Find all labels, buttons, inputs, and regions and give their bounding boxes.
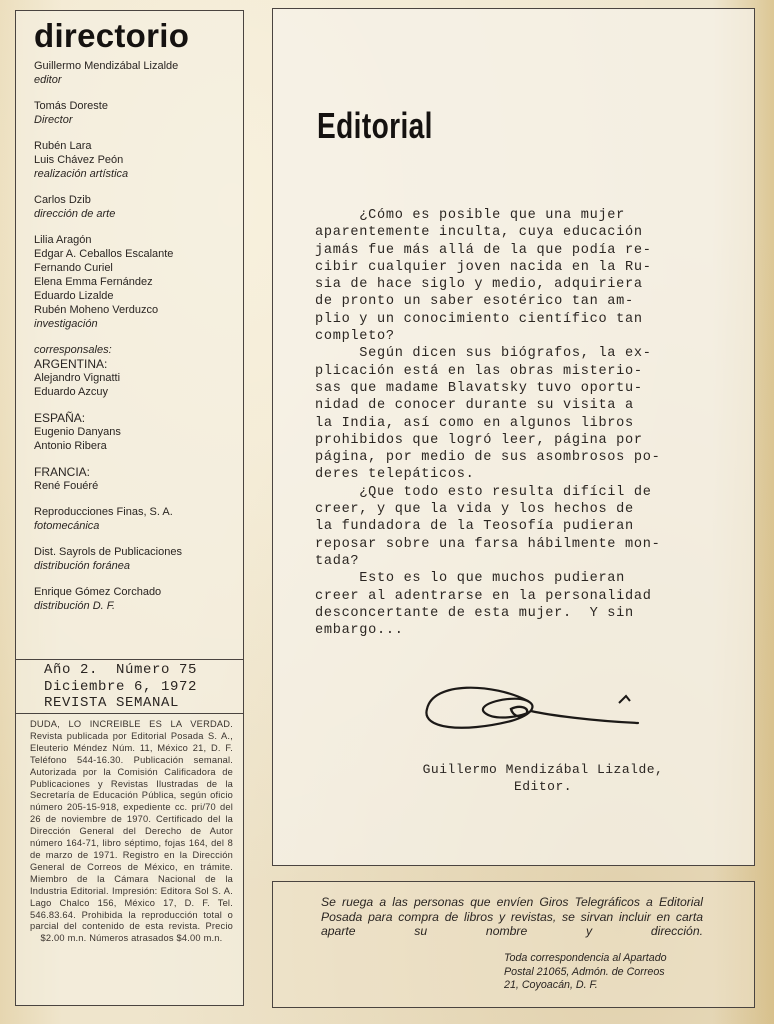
directory-country: ESPAÑA: (34, 411, 237, 425)
editorial-line: de pronto un saber esotérico tan am- (315, 293, 735, 310)
directory-title: directorio (34, 17, 189, 55)
editorial-line: creer, y que la vida y los hechos de (315, 501, 735, 518)
directory-country: FRANCIA: (34, 465, 237, 479)
address-line: 21, Coyoacán, D. F. (504, 979, 724, 993)
editorial-line: prohibidos que logró leer, página por (315, 432, 735, 449)
editorial-line: la fundadora de la Teosofía pudieran (315, 518, 735, 535)
directory-group: Lilia AragónEdgar A. Ceballos EscalanteF… (34, 233, 237, 331)
directory-name: Alejandro Vignatti (34, 371, 237, 385)
editorial-title: Editorial (317, 105, 433, 147)
editorial-line: plicación está en las obras misterio- (315, 363, 735, 380)
directory-name: Carlos Dzib (34, 193, 237, 207)
directory-group: Rubén LaraLuis Chávez Peónrealización ar… (34, 139, 237, 181)
editorial-line: Esto es lo que muchos pudieran (315, 570, 735, 587)
directory-group: Tomás DoresteDirector (34, 99, 237, 127)
directory-group: FRANCIA:René Fouéré (34, 465, 237, 493)
directory-name: Luis Chávez Peón (34, 153, 237, 167)
directory-name: Eduardo Azcuy (34, 385, 237, 399)
issue-date: Diciembre 6, 1972 (44, 679, 243, 696)
editorial-line: aparentemente inculta, cuya educación (315, 224, 735, 241)
directory-group: Reproducciones Finas, S. A.fotomecánica (34, 505, 237, 533)
editorial-line: sia de hace siglo y medio, adquiriera (315, 276, 735, 293)
editorial-line: desconcertante de esta mujer. Y sin (315, 605, 735, 622)
directory-role: fotomecánica (34, 519, 237, 533)
directory-name: Rubén Moheno Verduzco (34, 303, 237, 317)
editorial-line: completo? (315, 328, 735, 345)
directory-group: corresponsales:ARGENTINA:Alejandro Vigna… (34, 343, 237, 399)
editorial-body: ¿Cómo es posible que una mujeraparenteme… (315, 207, 735, 639)
editorial-line: plio y un conocimiento científico tan (315, 311, 735, 328)
signer: Guillermo Mendizábal Lizalde, Editor. (373, 761, 713, 795)
issue-info: Año 2. Número 75 Diciembre 6, 1972 REVIS… (16, 659, 243, 714)
signature-icon (423, 681, 653, 741)
editorial-line: embargo... (315, 622, 735, 639)
directory-role: Director (34, 113, 237, 127)
directory-name: René Fouéré (34, 479, 237, 493)
directory-name: Lilia Aragón (34, 233, 237, 247)
directory-role: realización artística (34, 167, 237, 181)
address-line: Postal 21065, Admón. de Correos (504, 966, 724, 980)
editorial-line: la India, así como en algunos libros (315, 415, 735, 432)
address-line: Toda correspondencia al Apartado (504, 952, 724, 966)
issue-number: Año 2. Número 75 (44, 662, 243, 679)
directory-name: Dist. Sayrols de Publicaciones (34, 545, 237, 559)
directory-name: Tomás Doreste (34, 99, 237, 113)
editorial-line: cibir cualquier joven nacida en la Ru- (315, 259, 735, 276)
directory-group: Enrique Gómez Corchadodistribución D. F. (34, 585, 237, 613)
directory-role: distribución foránea (34, 559, 237, 573)
editorial-line: tada? (315, 553, 735, 570)
editorial-line: jamás fue más allá de la que podía re- (315, 242, 735, 259)
editorial-line: nidad de conocer durante su visita a (315, 397, 735, 414)
directory-name: Elena Emma Fernández (34, 275, 237, 289)
directory-name: Reproducciones Finas, S. A. (34, 505, 237, 519)
directory-role: distribución D. F. (34, 599, 237, 613)
issue-frequency: REVISTA SEMANAL (44, 695, 243, 712)
directory-name: Fernando Curiel (34, 261, 237, 275)
legal-notice: DUDA, LO INCREIBLE ES LA VERDAD. Revista… (30, 719, 233, 945)
editorial-line: ¿Cómo es posible que una mujer (315, 207, 735, 224)
correspondence-address: Toda correspondencia al ApartadoPostal 2… (504, 952, 724, 993)
directory-name: Edgar A. Ceballos Escalante (34, 247, 237, 261)
editorial-panel: Editorial ¿Cómo es posible que una mujer… (272, 8, 755, 866)
signer-name: Guillermo Mendizábal Lizalde, (373, 761, 713, 778)
directory-country: ARGENTINA: (34, 357, 237, 371)
notice-panel: Se ruega a las personas que envíen Giros… (272, 881, 755, 1008)
directory-name: Eugenio Danyans (34, 425, 237, 439)
directory-name: Guillermo Mendizábal Lizalde (34, 59, 237, 73)
directory-group: Guillermo Mendizábal Lizaldeeditor (34, 59, 237, 87)
directory-group: ESPAÑA:Eugenio DanyansAntonio Ribera (34, 411, 237, 453)
editorial-line: página, por medio de sus asombrosos po- (315, 449, 735, 466)
notice-text: Se ruega a las personas que envíen Giros… (321, 895, 703, 939)
directory-role: investigación (34, 317, 237, 331)
editorial-line: deres telepáticos. (315, 466, 735, 483)
editorial-line: Según dicen sus biógrafos, la ex- (315, 345, 735, 362)
editorial-line: reposar sobre una farsa hábilmente mon- (315, 536, 735, 553)
editorial-line: ¿Que todo esto resulta difícil de (315, 484, 735, 501)
directory-panel: directorio Guillermo Mendizábal Lizaldee… (15, 10, 244, 1006)
signer-title: Editor. (373, 778, 713, 795)
directory-role: dirección de arte (34, 207, 237, 221)
editorial-line: sas que madame Blavatsky tuvo oportu- (315, 380, 735, 397)
directory-name: Eduardo Lizalde (34, 289, 237, 303)
directory-role: corresponsales: (34, 343, 237, 357)
directory-group: Carlos Dzibdirección de arte (34, 193, 237, 221)
directory-name: Rubén Lara (34, 139, 237, 153)
editorial-line: creer al adentrarse en la personalidad (315, 588, 735, 605)
directory-role: editor (34, 73, 237, 87)
directory-name: Antonio Ribera (34, 439, 237, 453)
directory-group: Dist. Sayrols de Publicacionesdistribuci… (34, 545, 237, 573)
directory-list: Guillermo Mendizábal LizaldeeditorTomás … (34, 59, 237, 625)
directory-name: Enrique Gómez Corchado (34, 585, 237, 599)
